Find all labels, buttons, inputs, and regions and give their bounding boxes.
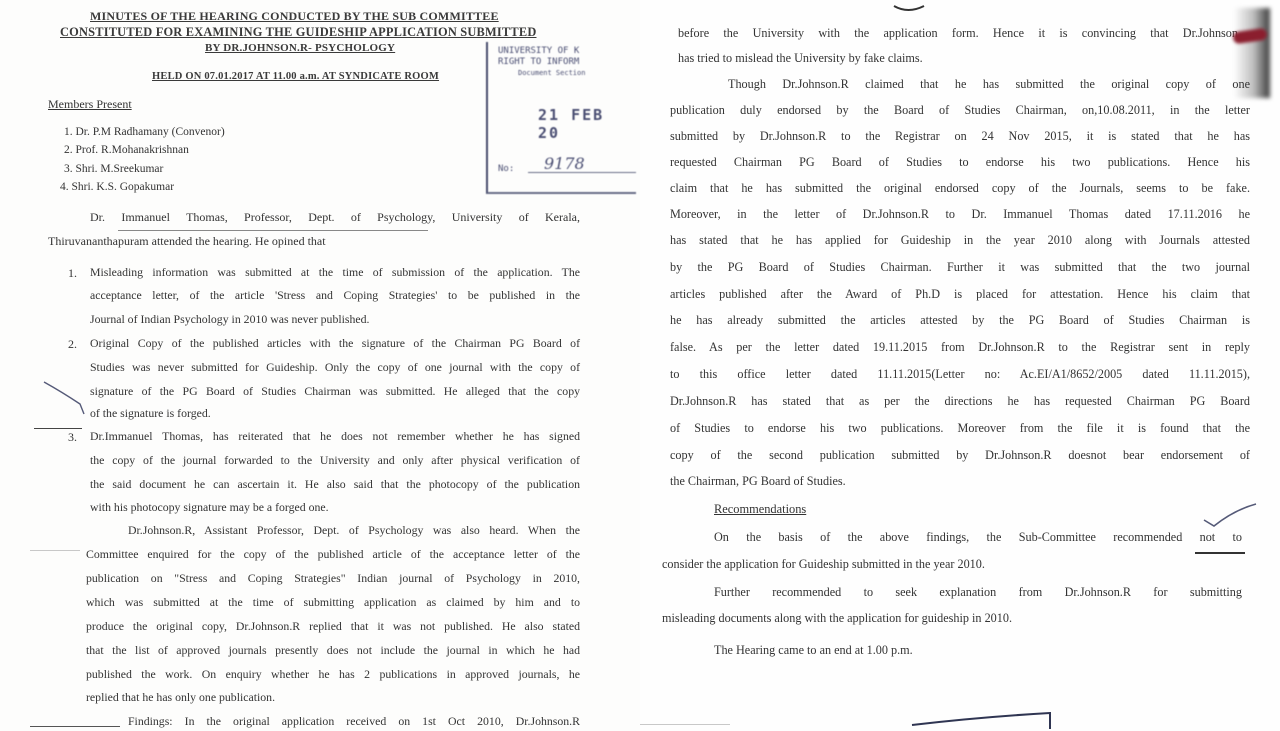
para2-line-6: Moreover, in the letter of Dr.Johnson.R … <box>670 208 1250 220</box>
johnson-line-1: Dr.Johnson.R, Assistant Professor, Dept.… <box>128 525 580 537</box>
johnson-line-8: replied that he has only one publication… <box>86 692 275 704</box>
point-2-line-3: signature of the PG Board of Studies Cha… <box>90 386 580 398</box>
margin-stroke <box>30 726 120 727</box>
member-2: 2. Prof. R.Mohanakrishnan <box>64 145 189 157</box>
rec1-line-2: consider the application for Guideship s… <box>662 558 985 570</box>
check-mark-icon <box>1200 500 1260 530</box>
member-4: 4. Shri. K.S. Gopakumar <box>60 182 174 194</box>
para2-line-10: he has already submitted the articles at… <box>670 314 1250 326</box>
stamp-no-label: No: <box>498 164 514 174</box>
para2-line-13: Dr.Johnson.R has stated that as per the … <box>670 395 1250 407</box>
johnson-line-5: produce the original copy, Dr.Johnson.R … <box>86 621 580 633</box>
signature-bracket-icon <box>910 705 1060 731</box>
pen-tick-mark-icon <box>40 378 90 418</box>
intro-line-2: Thiruvananthapuram attended the hearing.… <box>48 235 326 247</box>
members-heading: Members Present <box>48 98 132 110</box>
para1-line-1: before the University with the applicati… <box>678 27 1238 39</box>
underline-not-to <box>1195 552 1245 554</box>
point-1-line-1: Misleading information was submitted at … <box>90 267 580 279</box>
margin-smudge <box>30 550 80 551</box>
intro-line-1: Dr. Immanuel Thomas, Professor, Dept. of… <box>90 211 580 223</box>
point-2-line-4: of the signature is forged. <box>90 408 211 420</box>
para2-line-4: requested Chairman PG Board of Studies t… <box>670 156 1250 168</box>
title-line-1: MINUTES OF THE HEARING CONDUCTED BY THE … <box>90 10 499 22</box>
stamp-rti: RIGHT TO INFORM <box>498 57 579 67</box>
rec1-line-1: On the basis of the above findings, the … <box>714 531 1242 543</box>
para1-line-2: has tried to mislead the University by f… <box>678 52 923 64</box>
point-2-line-2: Studies was never submitted for Guideshi… <box>90 362 580 374</box>
findings-line: Findings: In the original application re… <box>128 716 580 728</box>
stamp-no-value: 9178 <box>544 154 585 173</box>
para2-line-11: false. As per the letter dated 19.11.201… <box>670 341 1250 353</box>
para2-line-15: copy of the second publication submitted… <box>670 449 1250 461</box>
rec2-line-2: misleading documents along with the appl… <box>662 612 1012 624</box>
point-3-line-3: the said document he can ascertain it. H… <box>90 479 580 491</box>
document-page-right: before the University with the applicati… <box>640 0 1280 731</box>
johnson-line-2: Committee enquired for the copy of the p… <box>86 549 580 561</box>
point-2-line-1: Original Copy of the published articles … <box>90 338 580 350</box>
title-line-2: CONSTITUTED FOR EXAMINING THE GUIDESHIP … <box>60 26 536 38</box>
point-3-line-1: Dr.Immanuel Thomas, has reiterated that … <box>90 431 580 443</box>
para2-line-2: publication duly endorsed by the Board o… <box>670 104 1250 116</box>
para2-line-7: has stated that he has applied for Guide… <box>670 234 1250 246</box>
point-2-number: 2. <box>68 338 77 350</box>
point-3-line-4: with his photocopy signature may be a fo… <box>90 502 329 514</box>
member-3: 3. Shri. M.Sreekumar <box>64 164 163 176</box>
johnson-line-4: which was submitted at the time of submi… <box>86 597 580 609</box>
document-page-left: MINUTES OF THE HEARING CONDUCTED BY THE … <box>0 0 640 731</box>
point-3-number: 3. <box>68 431 77 443</box>
received-stamp: UNIVERSITY OF K RIGHT TO INFORM Document… <box>486 42 636 194</box>
pen-stroke <box>34 428 82 429</box>
para2-line-8: by the PG Board of Studies Chairman. Fur… <box>670 261 1250 273</box>
recommendations-heading: Recommendations <box>714 503 806 515</box>
para2-line-3: submitted by Dr.Johnson.R to the Registr… <box>670 130 1250 142</box>
closing-line: The Hearing came to an end at 1.00 p.m. <box>714 644 913 656</box>
pen-curve-mark-icon <box>890 0 930 14</box>
underline-mark <box>118 230 428 231</box>
johnson-line-7: published the work. On enquiry whether h… <box>86 669 580 681</box>
rec2-line-1: Further recommended to seek explanation … <box>714 586 1242 598</box>
para2-line-9: articles published after the Award of Ph… <box>670 288 1250 300</box>
point-3-line-2: the copy of the journal forwarded to the… <box>90 455 580 467</box>
para2-line-1: Though Dr.Johnson.R claimed that he has … <box>728 78 1250 90</box>
para2-line-5: claim that he has submitted the original… <box>670 182 1250 194</box>
stamp-university: UNIVERSITY OF K <box>498 46 579 56</box>
title-line-3: BY DR.JOHNSON.R- PSYCHOLOGY <box>205 43 395 54</box>
point-1-number: 1. <box>68 267 77 279</box>
johnson-line-6: that the list of approved journals prese… <box>86 645 580 657</box>
para2-line-12: to this office letter dated 11.11.2015(L… <box>670 368 1250 380</box>
stamp-date: 21 FEB 20 <box>538 106 636 142</box>
bottom-smudge <box>640 724 730 725</box>
para2-line-16: the Chairman, PG Board of Studies. <box>670 475 846 487</box>
stamp-line <box>528 172 636 173</box>
johnson-line-3: publication on "Stress and Coping Strate… <box>86 573 580 585</box>
para2-line-14: of Studies to endorse his two publicatio… <box>670 422 1250 434</box>
member-1: 1. Dr. P.M Radhamany (Convenor) <box>64 127 225 139</box>
title-line-4: HELD ON 07.01.2017 AT 11.00 a.m. AT SYND… <box>152 72 439 83</box>
point-1-line-2: acceptance letter, of the article 'Stres… <box>90 290 580 302</box>
point-1-line-3: Journal of Indian Psychology in 2010 was… <box>90 314 369 326</box>
stamp-section: Document Section <box>518 69 585 77</box>
